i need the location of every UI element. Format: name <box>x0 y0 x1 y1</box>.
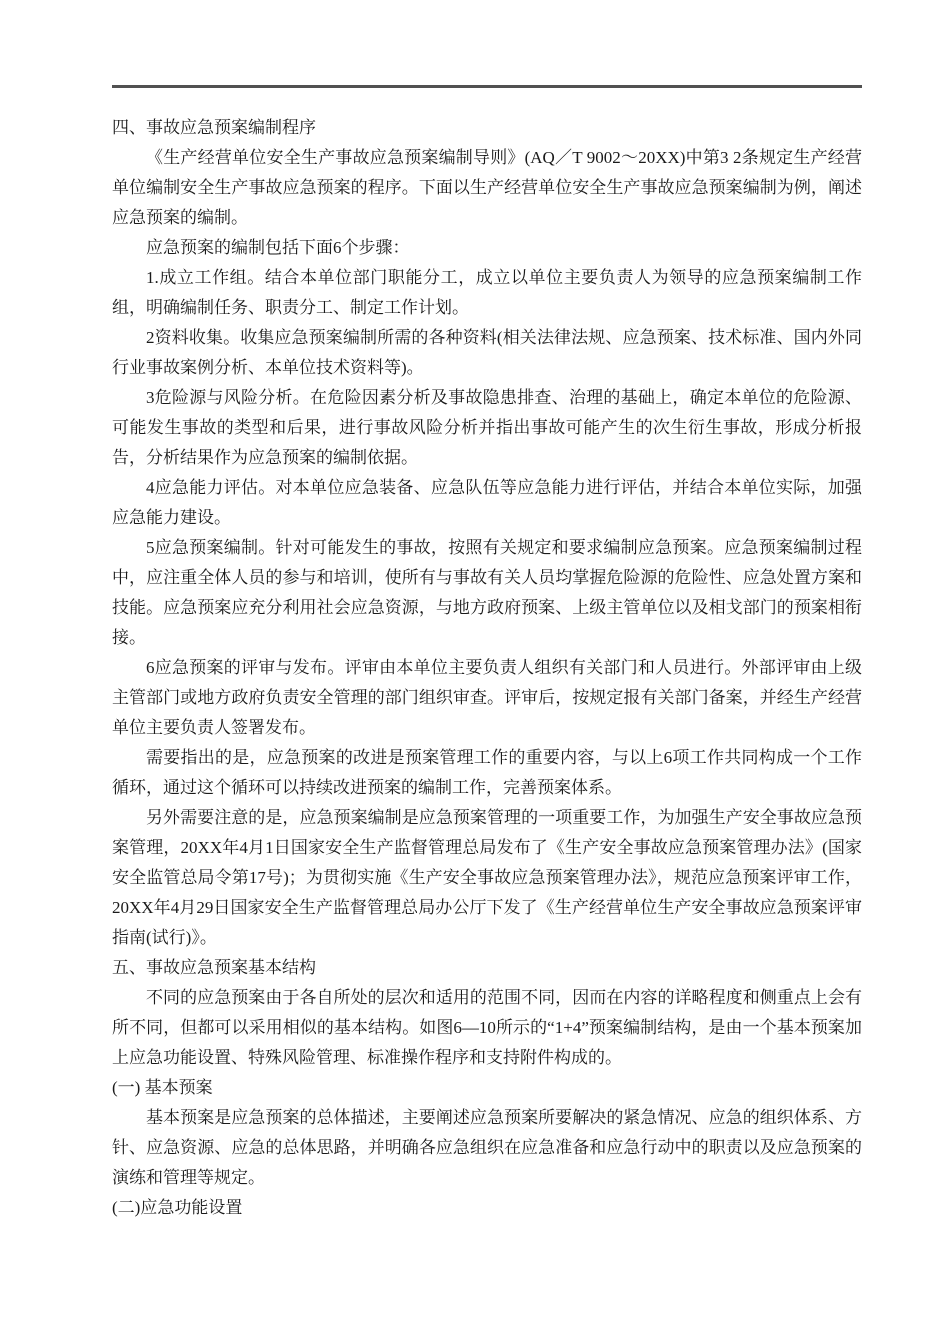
paragraph-steps-intro: 应急预案的编制包括下面6个步骤： <box>112 233 862 263</box>
paragraph-regulation-note: 另外需要注意的是，应急预案编制是应急预案管理的一项重要工作，为加强生产安全事故应… <box>112 803 862 953</box>
sub-heading-basic-plan: (一) 基本预案 <box>112 1073 862 1103</box>
section-heading-5: 五、事故应急预案基本结构 <box>112 953 862 983</box>
header-rule <box>112 85 862 88</box>
paragraph-step-1: 1.成立工作组。结合本单位部门职能分工，成立以单位主要负责人为领导的应急预案编制… <box>112 263 862 323</box>
paragraph-step-5: 5应急预案编制。针对可能发生的事故，按照有关规定和要求编制应急预案。应急预案编制… <box>112 533 862 653</box>
paragraph-structure-intro: 不同的应急预案由于各自所处的层次和适用的范围不同，因而在内容的详略程度和侧重点上… <box>112 983 862 1073</box>
paragraph-step-3: 3危险源与风险分析。在危险因素分析及事故隐患排查、治理的基础上，确定本单位的危险… <box>112 383 862 473</box>
paragraph-guideline-intro: 《生产经营单位安全生产事故应急预案编制导则》(AQ／T 9002～20XX)中第… <box>112 143 862 233</box>
paragraph-improvement-note: 需要指出的是，应急预案的改进是预案管理工作的重要内容，与以上6项工作共同构成一个… <box>112 743 862 803</box>
section-heading-4: 四、事故应急预案编制程序 <box>112 113 862 143</box>
paragraph-step-2: 2资料收集。收集应急预案编制所需的各种资料(相关法律法规、应急预案、技术标准、国… <box>112 323 862 383</box>
paragraph-step-4: 4应急能力评估。对本单位应急装备、应急队伍等应急能力进行评估，并结合本单位实际，… <box>112 473 862 533</box>
paragraph-basic-plan: 基本预案是应急预案的总体描述，主要阐述应急预案所要解决的紧急情况、应急的组织体系… <box>112 1103 862 1193</box>
paragraph-step-6: 6应急预案的评审与发布。评审由本单位主要负责人组织有关部门和人员进行。外部评审由… <box>112 653 862 743</box>
sub-heading-emergency-functions: (二)应急功能设置 <box>112 1193 862 1223</box>
document-page: 四、事故应急预案编制程序 《生产经营单位安全生产事故应急预案编制导则》(AQ／T… <box>0 0 950 1344</box>
document-content: 四、事故应急预案编制程序 《生产经营单位安全生产事故应急预案编制导则》(AQ／T… <box>112 113 862 1223</box>
